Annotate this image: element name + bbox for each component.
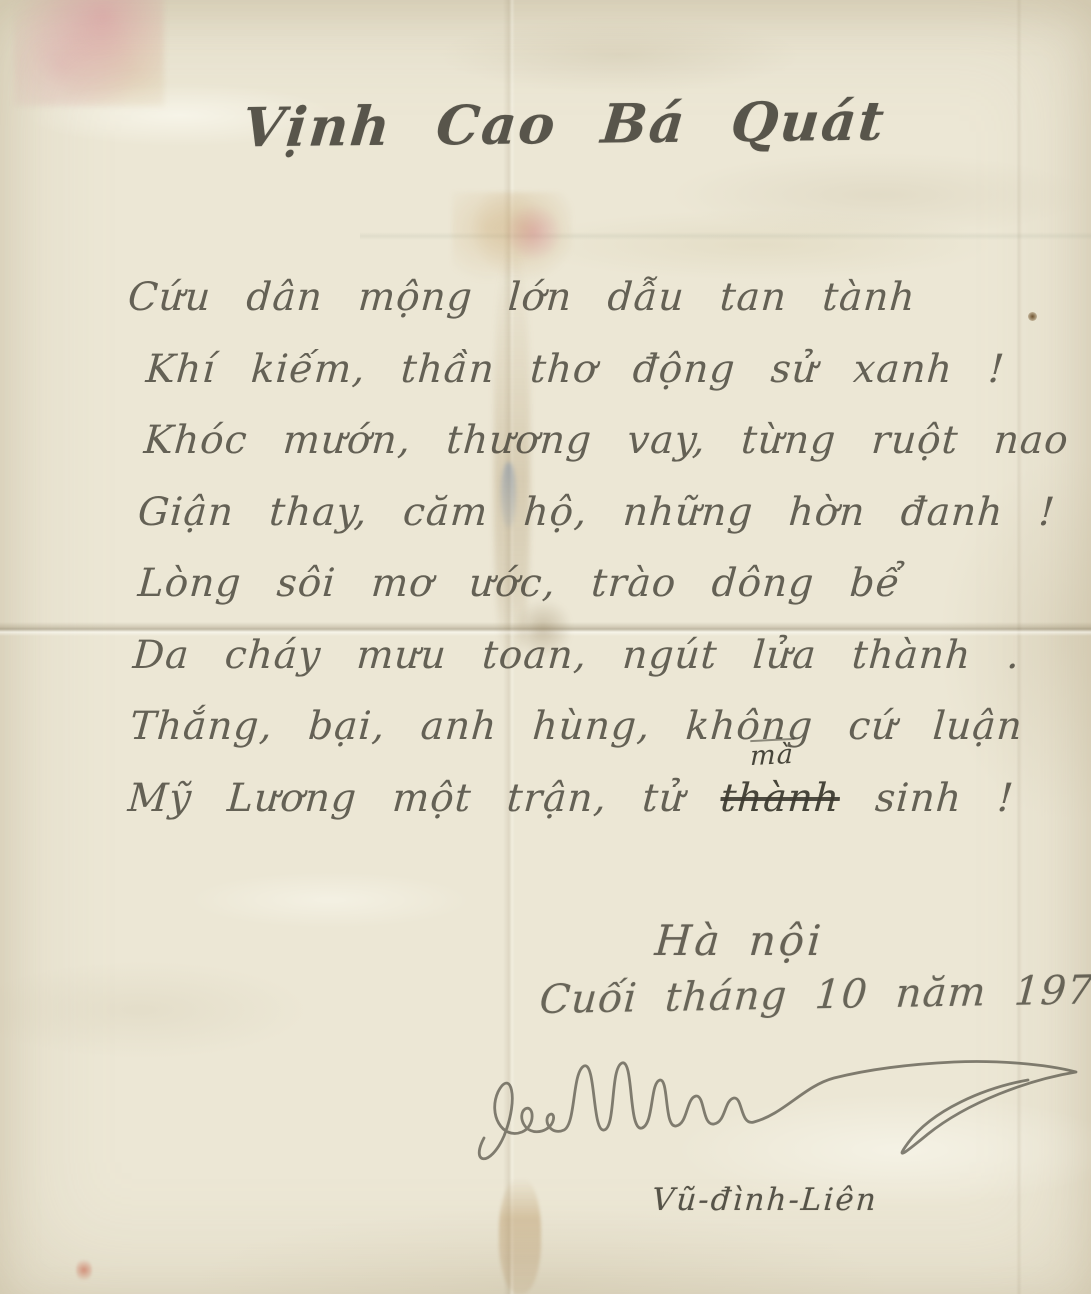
signature-name: Vũ-đình-Liên [651, 1182, 879, 1218]
pink-stain-top-left [14, 0, 164, 106]
signature-scrawl [462, 1042, 1082, 1182]
poem-line-7: Thắng, bại, anh hùng, không cứ luận [128, 691, 1031, 763]
ink-speck-right [1028, 312, 1037, 321]
red-speck-bottom-left [76, 1258, 92, 1282]
poem-line-2: Khí kiếm, thần thơ động sử xanh ! [144, 334, 1031, 406]
struck-word: thành [719, 776, 841, 821]
inserted-word: mà [749, 737, 793, 769]
brown-stain-bottom [499, 1178, 541, 1294]
closing-place: Hà nội [653, 916, 825, 965]
line8-end: sinh ! [838, 776, 1015, 821]
line8-start: Mỹ Lương một trận, tử [126, 776, 722, 821]
handwritten-correction: màthành [718, 763, 842, 835]
poem-line-3: Khóc mướn, thương vay, từng ruột nao ? [142, 405, 1031, 477]
poem-line-4: Giận thay, căm hộ, những hờn đanh ! [136, 477, 1031, 549]
poem-line-5: Lòng sôi mơ ước, trào dông bể [136, 548, 1031, 620]
closing-date: Cuối tháng 10 năm 1973 [538, 967, 1091, 1023]
poem-line-1: Cứu dân mộng lớn dẫu tan tành [126, 262, 1031, 334]
poem-line-8: Mỹ Lương một trận, tử màthành sinh ! [126, 763, 1031, 835]
manuscript-page: Vịnh Cao Bá Quát Cứu dân mộng lớn dẫu ta… [0, 0, 1091, 1294]
faint-crease-line [360, 232, 1091, 240]
poem-body: Cứu dân mộng lớn dẫu tan tành Khí kiếm, … [128, 262, 1028, 834]
poem-title: Vịnh Cao Bá Quát [240, 89, 889, 160]
poem-line-6: Da cháy mưu toan, ngút lửa thành . [131, 620, 1031, 692]
